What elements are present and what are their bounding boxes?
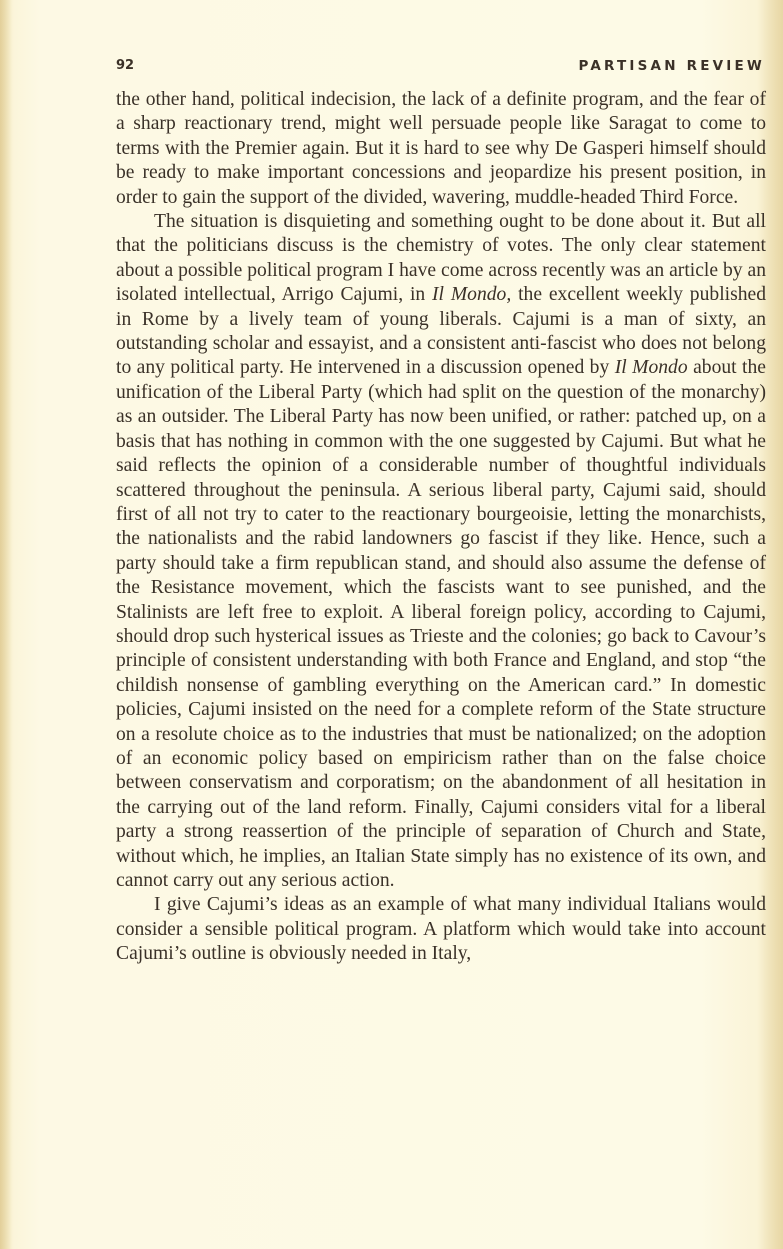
publication-title: Il Mondo [615, 357, 688, 378]
text-segment: the other hand, political indecision, th… [116, 89, 766, 208]
publication-title: Il Mondo, [432, 284, 511, 305]
journal-title: PARTISAN REVIEW [579, 58, 766, 74]
text-segment: I give Cajumi’s ideas as an example of w… [116, 894, 766, 964]
page-number: 92 [116, 58, 134, 73]
body-text: the other hand, political indecision, th… [116, 88, 766, 967]
running-head: 92 PARTISAN REVIEW [116, 58, 765, 78]
paragraph: The situation is disquieting and somethi… [116, 210, 766, 893]
text-segment: about the unification of the Liberal Par… [116, 357, 766, 891]
gutter-shadow [0, 0, 12, 1249]
paragraph: the other hand, political indecision, th… [116, 88, 766, 210]
paragraph: I give Cajumi’s ideas as an example of w… [116, 893, 766, 966]
